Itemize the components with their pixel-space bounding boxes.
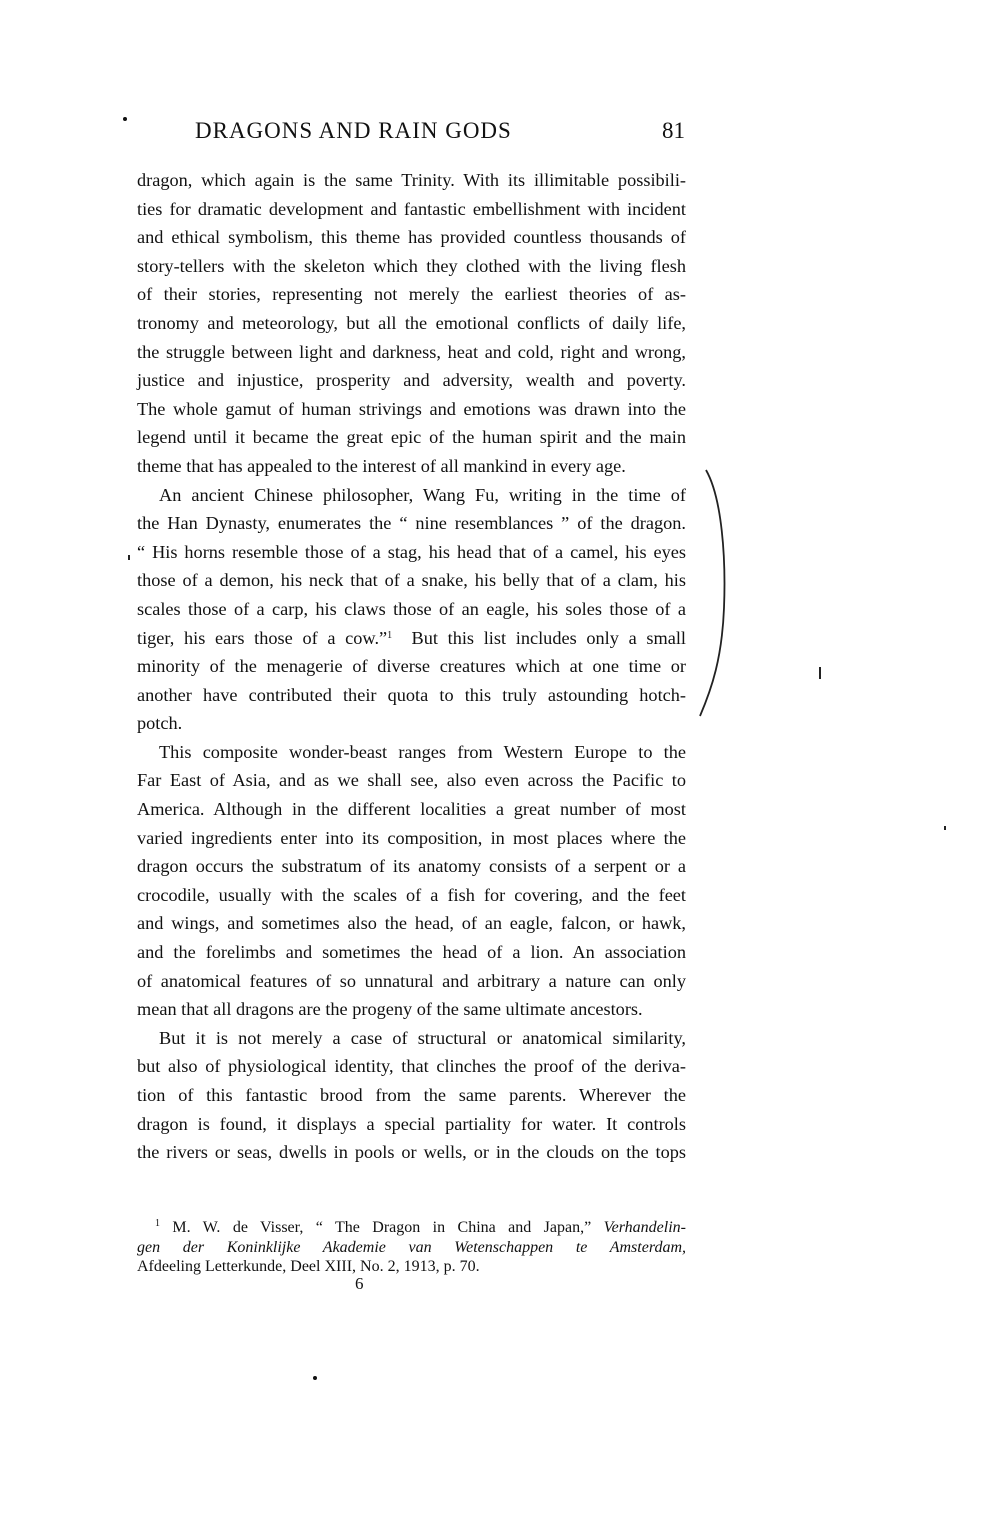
text-line: An ancient Chinese philosopher, Wang Fu,…	[137, 481, 686, 510]
text-line: and ethical symbolism, this theme has pr…	[137, 223, 686, 252]
text-line: scales those of a carp, his claws those …	[137, 595, 686, 624]
paragraph-4: But it is not merely a case of structura…	[137, 1024, 686, 1167]
page-number: 81	[662, 118, 685, 144]
text-line: potch.	[137, 709, 686, 738]
print-speck	[313, 1376, 317, 1380]
text-line: This composite wonder-beast ranges from …	[137, 738, 686, 767]
text-line: the Han Dynasty, enumerates the “ nine r…	[137, 509, 686, 538]
text-line: “ His horns resemble those of a stag, hi…	[137, 538, 686, 567]
margin-speck	[944, 826, 946, 830]
text-line: dragon occurs the substratum of its anat…	[137, 852, 686, 881]
text-line: of anatomical features of so unnatural a…	[137, 967, 686, 996]
text-line: The whole gamut of human strivings and e…	[137, 395, 686, 424]
paragraph-2: An ancient Chinese philosopher, Wang Fu,…	[137, 481, 686, 738]
text-line: mean that all dragons are the progeny of…	[137, 995, 686, 1024]
text-line: but also of physiological identity, that…	[137, 1052, 686, 1081]
text-line: story-tellers with the skeleton which th…	[137, 252, 686, 281]
footnote: 1 M. W. de Visser, “ The Dragon in China…	[155, 1218, 686, 1277]
text-line: dragon is found, it displays a special p…	[137, 1110, 686, 1139]
text-line: justice and injustice, prosperity and ad…	[137, 366, 686, 395]
margin-tick-right	[819, 667, 821, 679]
signature-mark: 6	[355, 1274, 364, 1294]
text-line: those of a demon, his neck that of a sna…	[137, 566, 686, 595]
text-line: tronomy and meteorology, but all the emo…	[137, 309, 686, 338]
text-line: crocodile, usually with the scales of a …	[137, 881, 686, 910]
footnote-line: gen der Koninklijke Akademie van Wetensc…	[137, 1238, 686, 1258]
margin-bracket-annotation	[690, 468, 740, 718]
text-line: of their stories, representing not merel…	[137, 280, 686, 309]
text-line: the rivers or seas, dwells in pools or w…	[137, 1138, 686, 1167]
text-line: varied ingredients enter into its compos…	[137, 824, 686, 853]
footnote-line: 1 M. W. de Visser, “ The Dragon in China…	[155, 1218, 686, 1238]
text-line-with-footnote-ref: tiger, his ears those of a cow.”1 But th…	[137, 624, 686, 653]
body-text: dragon, which again is the same Trinity.…	[137, 166, 686, 1167]
footnote-line: Afdeeling Letterkunde, Deel XIII, No. 2,…	[137, 1257, 686, 1277]
text-line: and wings, and sometimes also the head, …	[137, 909, 686, 938]
text-line: But it is not merely a case of structura…	[137, 1024, 686, 1053]
text-line: America. Although in the different local…	[137, 795, 686, 824]
text-line: and the forelimbs and sometimes the head…	[137, 938, 686, 967]
print-speck	[123, 117, 127, 121]
text-line: another have contributed their quota to …	[137, 681, 686, 710]
paragraph-3: This composite wonder-beast ranges from …	[137, 738, 686, 1024]
text-line: Far East of Asia, and as we shall see, a…	[137, 766, 686, 795]
text-line: tion of this fantastic brood from the sa…	[137, 1081, 686, 1110]
text-line: minority of the menagerie of diverse cre…	[137, 652, 686, 681]
running-title: DRAGONS AND RAIN GODS	[195, 118, 512, 144]
text-line: dragon, which again is the same Trinity.…	[137, 166, 686, 195]
running-header: DRAGONS AND RAIN GODS 81	[195, 118, 685, 148]
text-line: legend until it became the great epic of…	[137, 423, 686, 452]
margin-tick-left	[128, 555, 130, 560]
text-line: the struggle between light and darkness,…	[137, 338, 686, 367]
text-line: theme that has appealed to the interest …	[137, 452, 686, 481]
paragraph-1: dragon, which again is the same Trinity.…	[137, 166, 686, 481]
text-line: ties for dramatic development and fantas…	[137, 195, 686, 224]
